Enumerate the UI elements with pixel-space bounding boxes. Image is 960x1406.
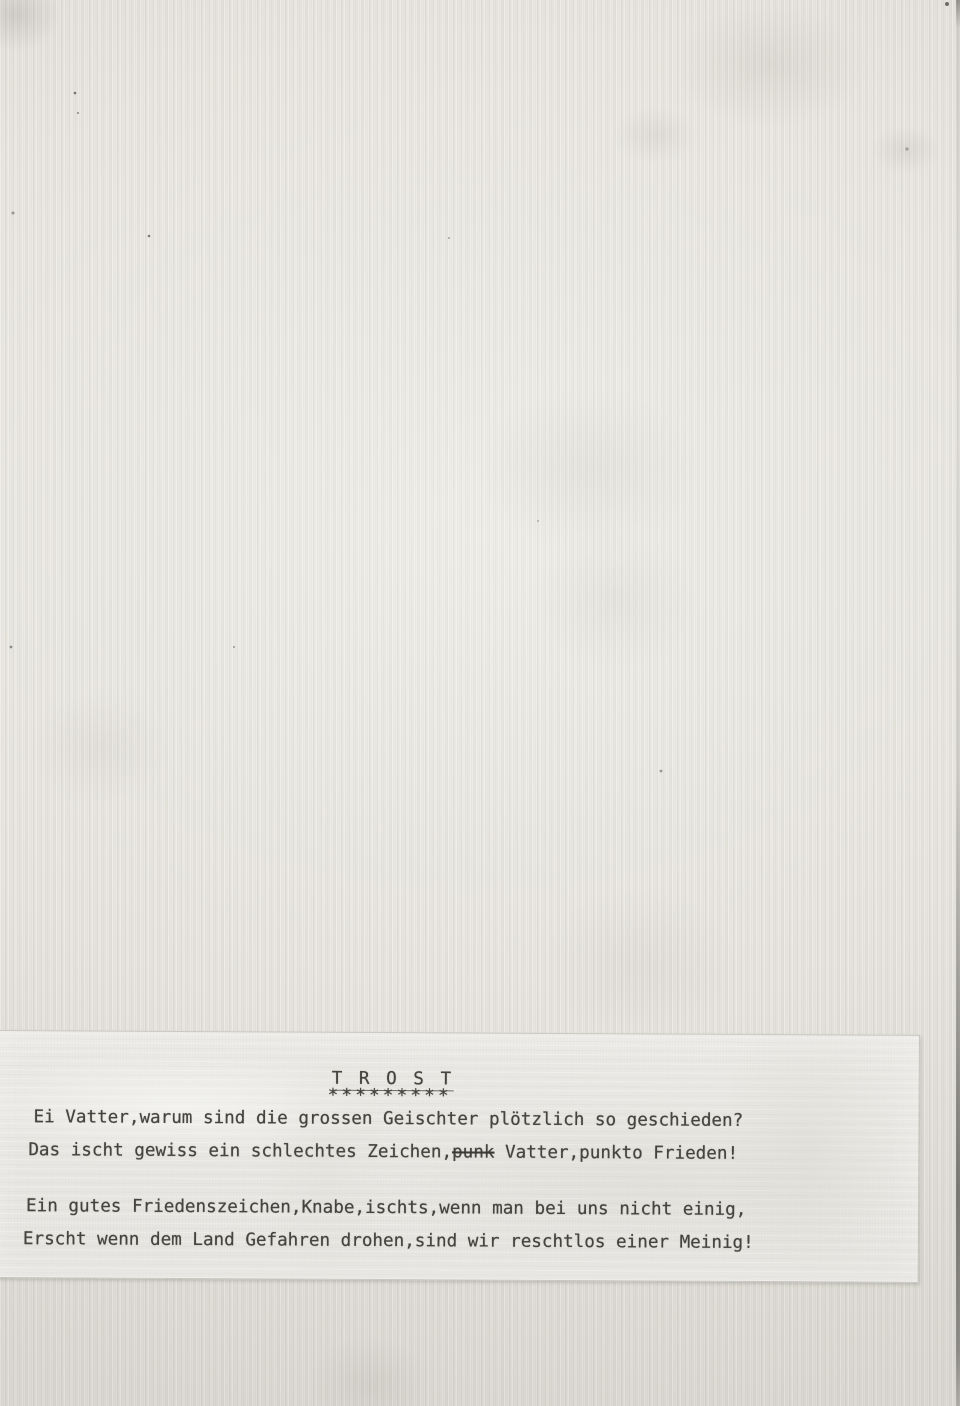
poem-line-4: Erscht wenn dem Land Gefahren drohen,sin… (23, 1231, 754, 1252)
poem-line-2-pre: Das ischt gewiss ein schlechtes Zeichen, (28, 1140, 452, 1162)
struck-word: punk (452, 1142, 494, 1162)
paper-specks (0, 0, 2, 2)
poem-line-3: Ein gutes Friedenszeichen,Knabe,ischts,w… (26, 1198, 746, 1219)
paper-sheet: T R O S T ********* Ei Vatter,warum sind… (0, 0, 960, 1406)
poem-line-2-post: Vatter,punkto Frieden! (494, 1143, 738, 1164)
poem-line-1: Ei Vatter,warum sind die grossen Geischt… (33, 1109, 743, 1130)
title-underline-asterisks: ********* (328, 1088, 452, 1106)
typed-slip: T R O S T ********* Ei Vatter,warum sind… (0, 1030, 920, 1283)
poem-line-2: Das ischt gewiss ein schlechtes Zeichen,… (28, 1142, 738, 1163)
photo-right-edge-shadow (956, 0, 960, 1406)
